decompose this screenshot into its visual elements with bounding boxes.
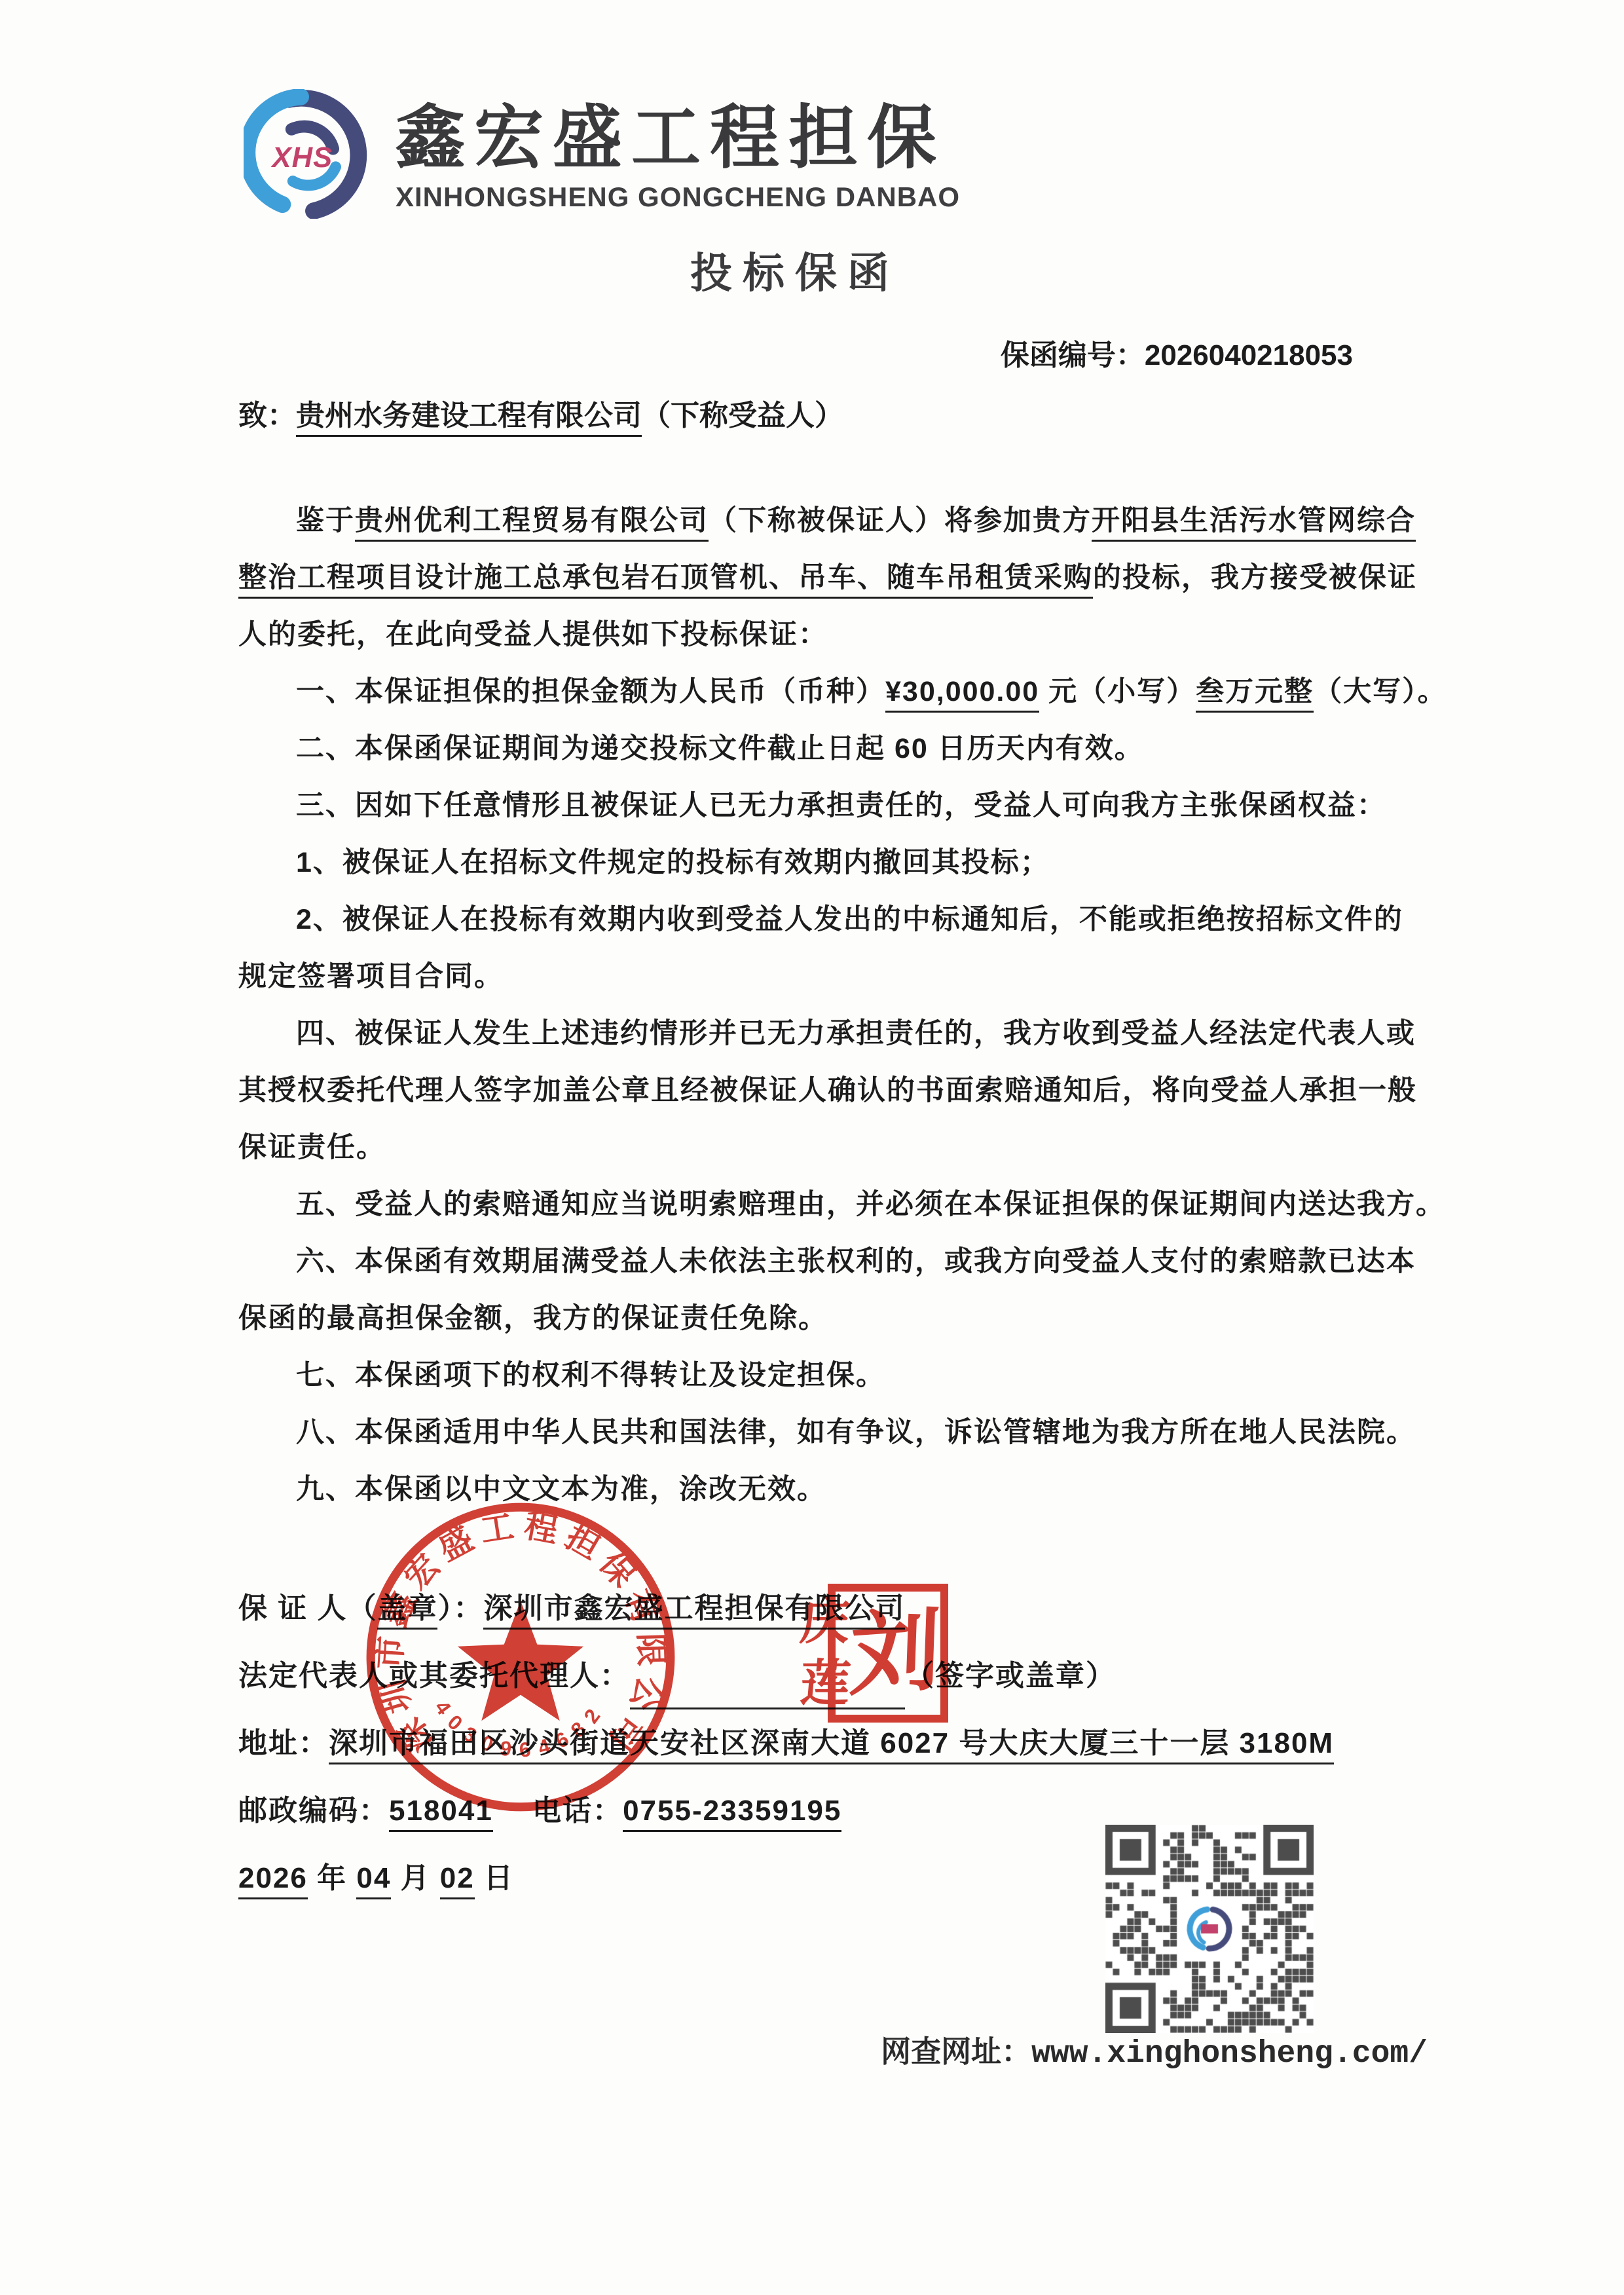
text-run: 其授权委托代理人签字加盖公章且经被保证人确认的书面索赔通知后，将向受益人承担一般: [238, 1075, 1417, 1106]
text-run: （下称被保证人）将参加贵方: [709, 505, 1092, 536]
text-line: 其授权委托代理人签字加盖公章且经被保证人确认的书面索赔通知后，将向受益人承担一般: [238, 1062, 1456, 1119]
text-run: 一、本保证担保的担保金额为人民币（币种）: [296, 676, 885, 707]
text-run: 六、本保函有效期届满受益人未依法主张权利的，或我方向受益人支付的索赔款已达本: [296, 1246, 1416, 1277]
text-line: 八、本保函适用中华人民共和国法律，如有争议，诉讼管辖地为我方所在地人民法院。: [238, 1404, 1456, 1461]
company-logo-icon: XHS: [244, 89, 373, 219]
underlined-text: 整治工程项目设计施工总承包岩石顶管机、吊车、随车吊租赁采购: [238, 562, 1093, 599]
text-line: 2、被保证人在投标有效期内收到受益人发出的中标通知后，不能或拒绝按招标文件的: [238, 891, 1456, 948]
scanned-document-page: XHS 鑫宏盛工程担保 XINHONGSHENG GONGCHENG DANBA…: [0, 0, 1624, 2295]
text-run: 三、因如下任意情形且被保证人已无力承担责任的，受益人可向我方主张保函权益：: [296, 790, 1386, 821]
text-line: 保函的最高担保金额，我方的保证责任免除。: [238, 1290, 1456, 1347]
underlined-text: 贵州水务建设工程有限公司: [296, 400, 642, 437]
text-line: 四、被保证人发生上述违约情形并已无力承担责任的，我方收到受益人经法定代表人或: [238, 1005, 1456, 1062]
text-run: 1、被保证人在招标文件规定的投标有效期内撤回其投标；: [296, 847, 1050, 878]
text-run: （大写）。: [1314, 676, 1447, 707]
underlined-text: 2026: [238, 1862, 308, 1899]
text-run: （下称受益人）: [642, 400, 843, 432]
text-run: 年: [308, 1862, 356, 1894]
company-name-latin: XINHONGSHENG GONGCHENG DANBAO: [396, 181, 960, 213]
document-header: XHS 鑫宏盛工程担保 XINHONGSHENG GONGCHENG DANBA…: [244, 89, 960, 219]
name-seal-char-bottom-left: 莲: [798, 1659, 853, 1709]
text-run: 规定签署项目合同。: [238, 961, 504, 992]
text-line: 七、本保函项下的权利不得转让及设定担保。: [238, 1347, 1456, 1404]
logo-xhs-text: XHS: [271, 142, 333, 174]
text-line: 1、被保证人在招标文件规定的投标有效期内撤回其投标；: [238, 834, 1456, 891]
text-run: 月: [391, 1862, 439, 1894]
name-seal-char-right: 刘: [848, 1605, 942, 1701]
text-line: 人的委托，在此向受益人提供如下投标保证：: [238, 606, 1456, 663]
underlined-text: 开阳县生活污水管网综合: [1092, 505, 1416, 542]
seal-star-icon: [458, 1601, 583, 1721]
name-seal-char-top-left: 庆: [798, 1597, 853, 1647]
recipient-line: 致：贵州水务建设工程有限公司（下称受益人）: [238, 392, 843, 434]
text-line: 规定签署项目合同。: [238, 948, 1456, 1005]
text-run: 元（小写）: [1039, 676, 1196, 707]
text-run: 保函的最高担保金额，我方的保证责任免除。: [238, 1303, 828, 1334]
text-run: 人的委托，在此向受益人提供如下投标保证：: [238, 619, 828, 650]
text-line: 保证责任。: [238, 1119, 1456, 1176]
verification-link-line: 网查网址：www.xinghonsheng.com/: [773, 2028, 1428, 2072]
text-run: 五、受益人的索赔通知应当说明索赔理由，并必须在本保证担保的保证期间内送达我方。: [296, 1189, 1445, 1220]
body-text: 鉴于贵州优利工程贸易有限公司（下称被保证人）将参加贵方开阳县生活污水管网综合整治…: [238, 493, 1456, 1518]
text-line: 五、受益人的索赔通知应当说明索赔理由，并必须在本保证担保的保证期间内送达我方。: [238, 1176, 1456, 1233]
text-run: 鉴于: [296, 505, 355, 536]
text-line: 二、本保函保证期间为递交投标文件截止日起 60 日历天内有效。: [238, 720, 1456, 777]
guarantee-number-value: 2026040218053: [1145, 339, 1353, 371]
company-name-cn: 鑫宏盛工程担保: [396, 102, 960, 175]
text-line: 一、本保证担保的担保金额为人民币（币种）¥30,000.00 元（小写）叁万元整…: [238, 663, 1456, 720]
underlined-text: ¥30,000.00: [885, 676, 1039, 713]
text-run: 日: [475, 1862, 514, 1894]
text-line: 整治工程项目设计施工总承包岩石顶管机、吊车、随车吊租赁采购的投标，我方接受被保证: [238, 550, 1456, 606]
guarantee-number-label: 保函编号：: [1001, 339, 1145, 371]
text-run: 地址：: [238, 1727, 329, 1759]
text-run: 保证责任。: [238, 1132, 386, 1163]
text-run: 七、本保函项下的权利不得转让及设定担保。: [296, 1360, 885, 1391]
weblink-label: 网查网址：: [881, 2034, 1031, 2068]
text-run: 的投标，我方接受被保证: [1093, 562, 1417, 593]
guarantee-number-line: 保函编号：2026040218053: [238, 331, 1424, 373]
weblink-url: www.xinghonsheng.com/: [1031, 2036, 1428, 2072]
text-run: 四、被保证人发生上述违约情形并已无力承担责任的，我方收到受益人经法定代表人或: [296, 1018, 1416, 1049]
underlined-text: 叁万元整: [1196, 676, 1314, 713]
underlined-text: 02: [440, 1862, 475, 1899]
text-run: 八、本保函适用中华人民共和国法律，如有争议，诉讼管辖地为我方所在地人民法院。: [296, 1417, 1416, 1448]
text-line: 鉴于贵州优利工程贸易有限公司（下称被保证人）将参加贵方开阳县生活污水管网综合: [238, 493, 1456, 550]
company-round-seal: 深圳市鑫宏盛工程担保有限公司 4030964682: [361, 1496, 680, 1818]
legal-rep-name-seal: 刘 庆 莲: [828, 1584, 948, 1723]
svg-text:4030964682: 4030964682: [430, 1696, 610, 1762]
seal-serial-number: 4030964682: [430, 1696, 610, 1762]
text-run: 二、本保函保证期间为递交投标文件截止日起 60 日历天内有效。: [296, 733, 1144, 764]
underlined-text: 04: [356, 1862, 391, 1899]
text-line: 三、因如下任意情形且被保证人已无力承担责任的，受益人可向我方主张保函权益：: [238, 777, 1456, 834]
text-run: 保 证 人（: [238, 1592, 377, 1624]
underlined-text: 贵州优利工程贸易有限公司: [355, 505, 709, 542]
text-run: 致：: [238, 400, 296, 432]
text-run: 2、被保证人在投标有效期内收到受益人发出的中标通知后，不能或拒绝按招标文件的: [296, 904, 1403, 935]
document-title: 投标保函: [202, 240, 1388, 300]
qr-code: [1105, 1825, 1314, 2033]
text-line: 六、本保函有效期届满受益人未依法主张权利的，或我方向受益人支付的索赔款已达本: [238, 1233, 1456, 1290]
